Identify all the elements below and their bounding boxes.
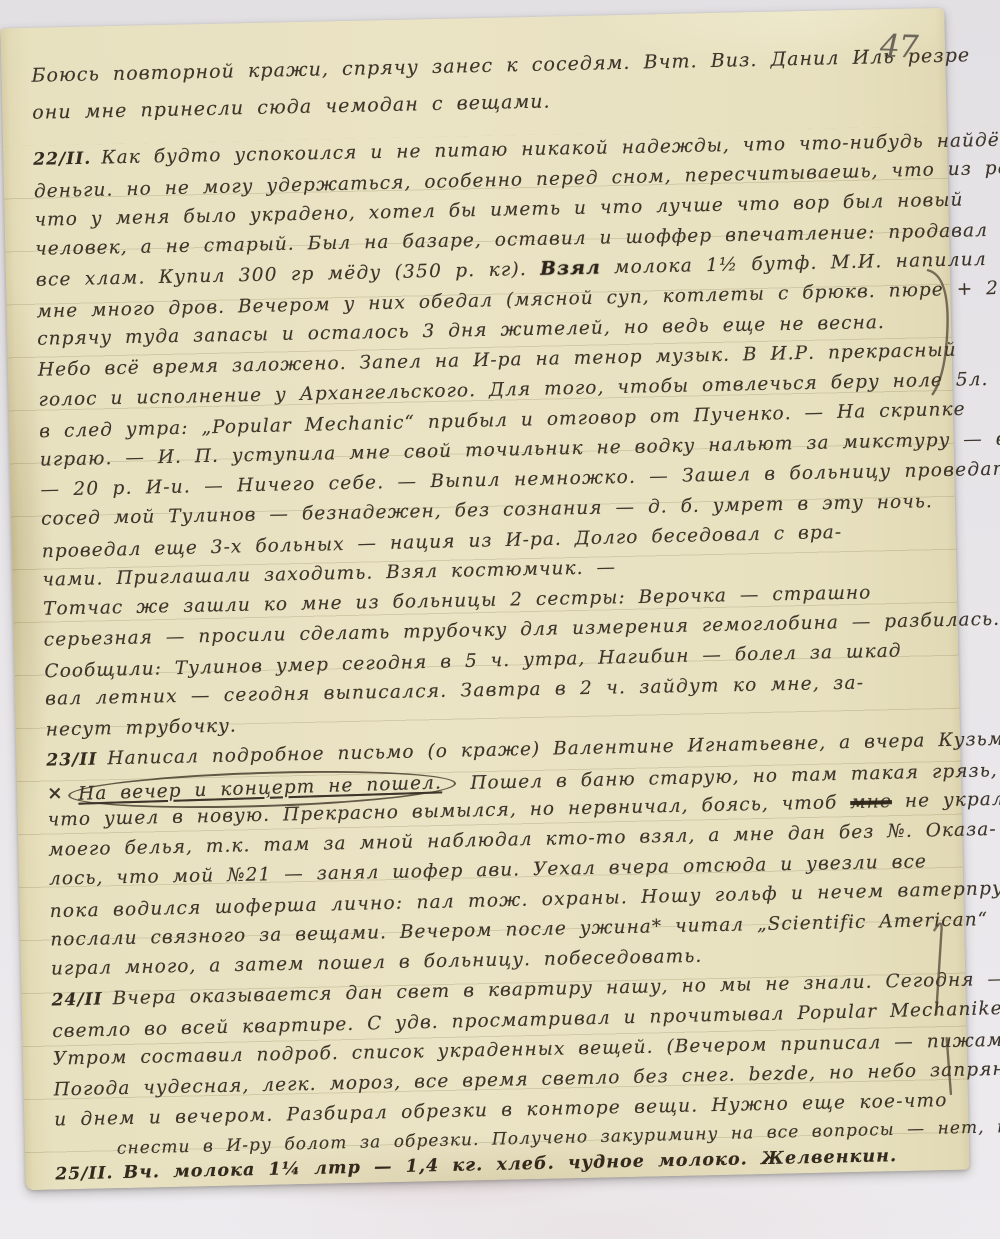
manuscript-lines: Боюсь повторной кражи, спрячу занес к со… <box>31 38 963 1190</box>
blot-text: Взял <box>540 257 601 279</box>
date-marker: 24/II <box>51 984 103 1015</box>
date-marker: 22/II. <box>33 144 92 175</box>
handwriting-text: все хлам. Купил 300 гр мёду (350 р. кг). <box>36 259 541 291</box>
handwriting-text: несут трубочку. <box>46 715 238 740</box>
scanned-photo: { "page": { "number": "47", "kind": "han… <box>0 0 1000 1239</box>
handwriting-text: они мне принесли сюда чемодан с вещами. <box>32 90 551 123</box>
struck-text: мне <box>850 791 892 813</box>
x-mark-text: × <box>47 783 64 804</box>
date-marker: 23/II <box>46 744 98 775</box>
date-marker: 25/II. <box>55 1160 114 1188</box>
manuscript-page: 47 Боюсь повторной кражи, спрячу занес к… <box>0 8 969 1190</box>
handwriting-text: не украл <box>892 789 1000 812</box>
handwriting-text: молока 1½ бутф. М.И. напилил <box>601 249 987 278</box>
